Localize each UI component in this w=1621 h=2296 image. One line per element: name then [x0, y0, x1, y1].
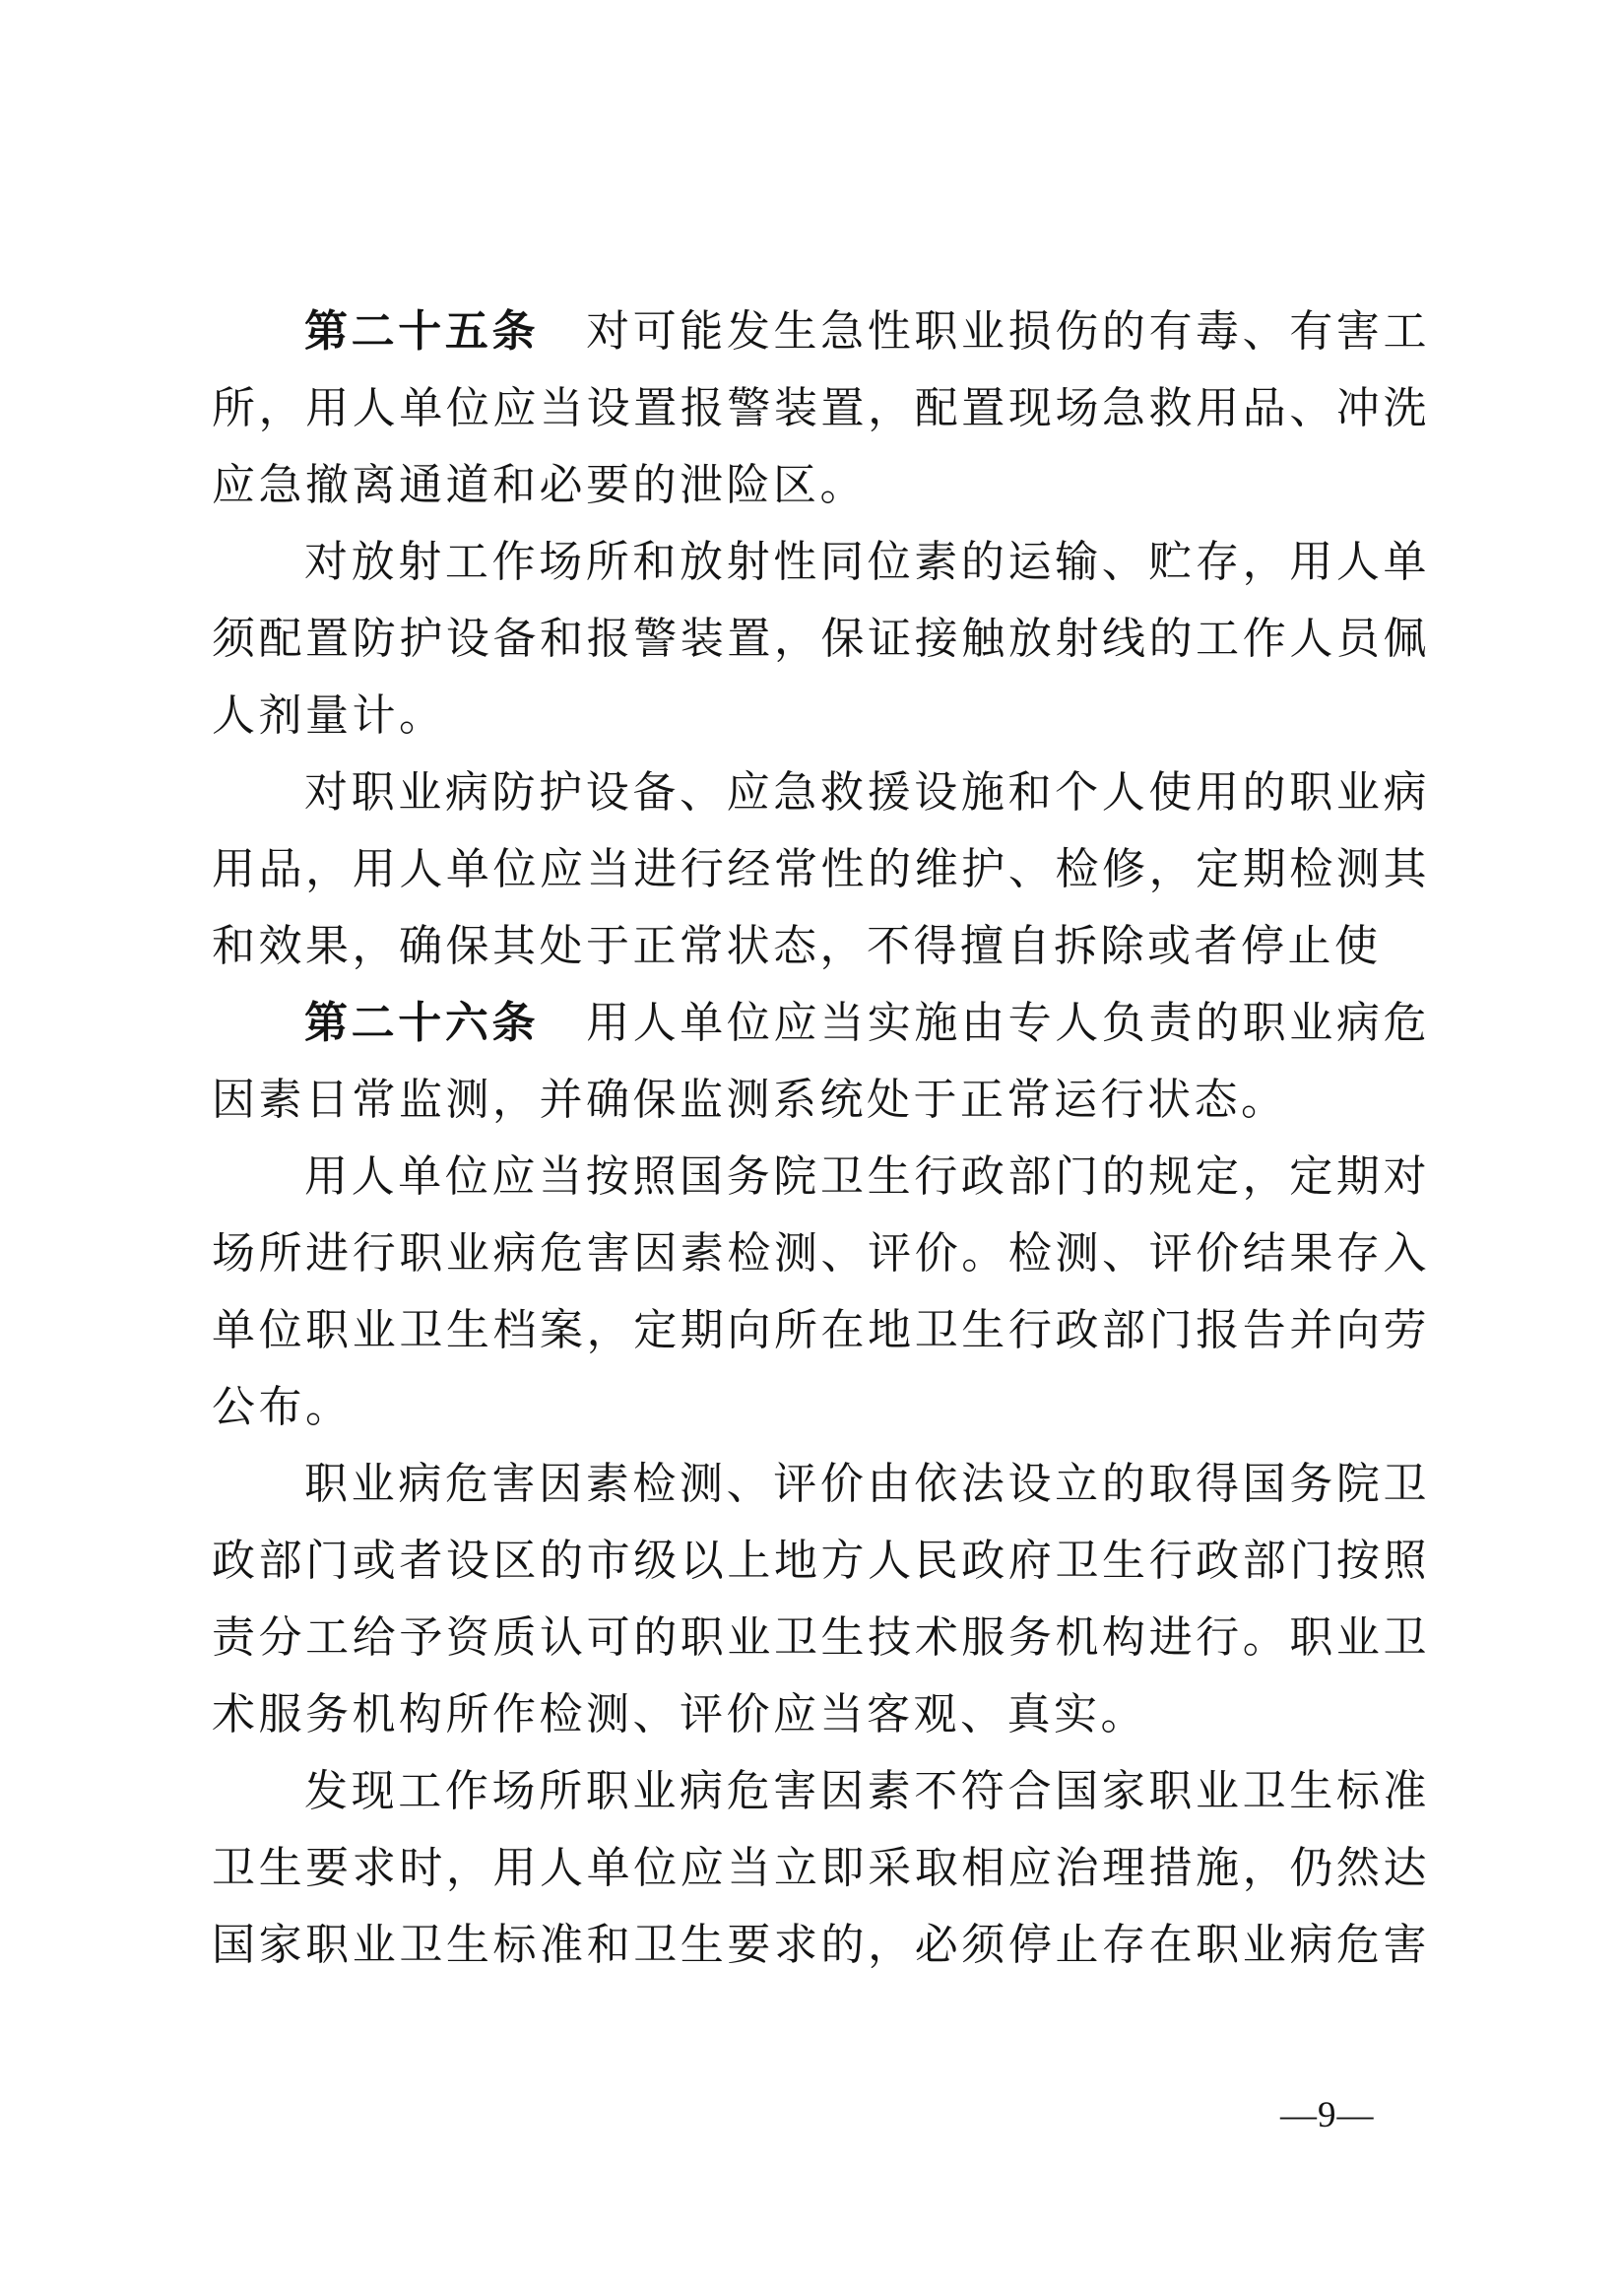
text-line: 国家职业卫生标准和卫生要求的，必须停止存在职业病危害因素 — [212, 1907, 1430, 1984]
text-line: 卫生要求时，用人单位应当立即采取相应治理措施，仍然达不到 — [212, 1830, 1430, 1907]
text-line: 场所进行职业病危害因素检测、评价。检测、评价结果存入用人 — [212, 1215, 1430, 1292]
document-page: 第二十五条对可能发生急性职业损伤的有毒、有害工作场 所，用人单位应当设置报警装置… — [0, 0, 1621, 2296]
paragraph-first-line: 第二十六条用人单位应当实施由专人负责的职业病危害 — [212, 985, 1430, 1062]
text-line: 公布。 — [212, 1369, 1430, 1446]
text-line: 单位职业卫生档案，定期向所在地卫生行政部门报告并向劳动者 — [212, 1292, 1430, 1369]
article-number-heading: 第二十六条 — [304, 999, 539, 1047]
text-line: 用品，用人单位应当进行经常性的维护、检修，定期检测其性能 — [212, 831, 1430, 908]
text-line: 所，用人单位应当设置报警装置，配置现场急救用品、冲洗设备、 — [212, 370, 1430, 447]
text-line: 和效果，确保其处于正常状态，不得擅自拆除或者停止使用。 — [212, 908, 1430, 985]
article-number-heading: 第二十五条 — [304, 307, 539, 356]
text-line: 政部门或者设区的市级以上地方人民政府卫生行政部门按照职 — [212, 1523, 1430, 1600]
paragraph-first-line: 对放射工作场所和放射性同位素的运输、贮存，用人单位必 — [212, 524, 1430, 601]
paragraph-first-line: 职业病危害因素检测、评价由依法设立的取得国务院卫生行 — [212, 1446, 1430, 1523]
paragraph-first-line: 对职业病防护设备、应急救援设施和个人使用的职业病防护 — [212, 754, 1430, 831]
paragraph-first-line: 第二十五条对可能发生急性职业损伤的有毒、有害工作场 — [212, 294, 1430, 370]
page-number: —9— — [1280, 2092, 1375, 2139]
text-line: 须配置防护设备和报警装置，保证接触放射线的工作人员佩戴个 — [212, 601, 1430, 678]
paragraph-first-line: 用人单位应当按照国务院卫生行政部门的规定，定期对工作 — [212, 1139, 1430, 1215]
text-block: 第二十五条对可能发生急性职业损伤的有毒、有害工作场 所，用人单位应当设置报警装置… — [212, 294, 1430, 1984]
text-line: 因素日常监测，并确保监测系统处于正常运行状态。 — [212, 1062, 1430, 1139]
text-line: 人剂量计。 — [212, 678, 1430, 754]
text-line: 责分工给予资质认可的职业卫生技术服务机构进行。职业卫生技 — [212, 1600, 1430, 1676]
text-line: 应急撤离通道和必要的泄险区。 — [212, 447, 1430, 524]
text-line: 术服务机构所作检测、评价应当客观、真实。 — [212, 1676, 1430, 1753]
paragraph-first-line: 发现工作场所职业病危害因素不符合国家职业卫生标准和 — [212, 1753, 1430, 1830]
